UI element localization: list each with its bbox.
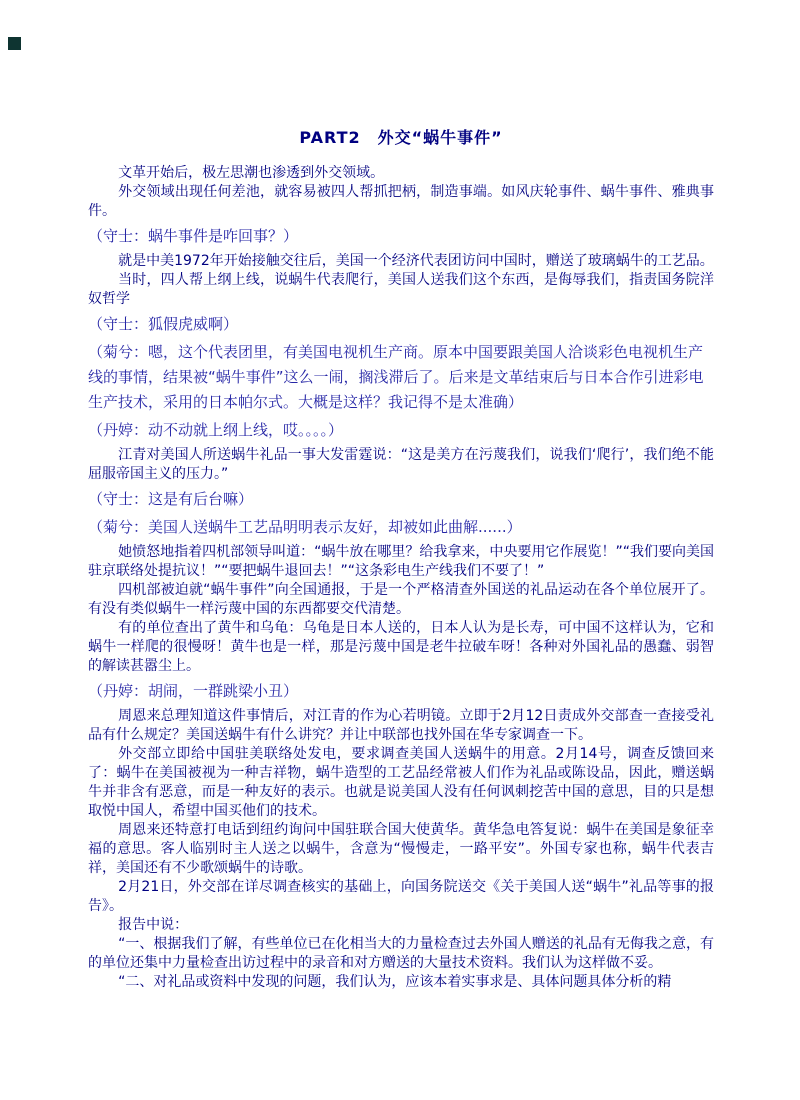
document-content: PART2 外交“蜗牛事件” 文革开始后，极左思潮也渗透到外交领域。外交领域出现… [88,128,714,992]
dialogue-paragraph: （守士：这是有后台嘛） [88,487,714,512]
dialogue-paragraph: （守士：蜗牛事件是咋回事？） [88,224,714,249]
body-paragraph: 外交部立即给中国驻美联络处发电，要求调查美国人送蜗牛的用意。2月14号，调查反馈… [88,745,714,821]
body-paragraph: 周恩来还特意打电话到纽约询问中国驻联合国大使黄华。黄华急电答复说：蜗牛在美国是象… [88,821,714,878]
body-paragraph: “一、根据我们了解，有些单位已在化相当大的力量检查过去外国人赠送的礼品有无侮我之… [88,935,714,973]
body-paragraph: 四机部被迫就“蜗牛事件”向全国通报，于是一个严格清查外国送的礼品运动在各个单位展… [88,581,714,619]
dialogue-paragraph: （菊兮：美国人送蜗牛工艺品明明表示友好，却被如此曲解......） [88,515,714,540]
body-paragraph: 文革开始后，极左思潮也渗透到外交领域。 [88,164,714,183]
body-paragraph: 外交领域出现任何差池，就容易被四人帮抓把柄，制造事端。如风庆轮事件、蜗牛事件、雅… [88,183,714,221]
body-paragraph: 2月21日，外交部在详尽调查核实的基础上，向国务院送交《关于美国人送“蜗牛”礼品… [88,878,714,916]
dialogue-paragraph: （菊兮：嗯，这个代表团里，有美国电视机生产商。原本中国要跟美国人洽谈彩色电视机生… [88,340,714,415]
body-paragraph: 当时，四人帮上纲上线，说蜗牛代表爬行，美国人送我们这个东西，是侮辱我们，指责国务… [88,271,714,309]
body-paragraph: 就是中美1972年开始接触交往后，美国一个经济代表团访问中国时，赠送了玻璃蜗牛的… [88,252,714,271]
document-body: 文革开始后，极左思潮也渗透到外交领域。外交领域出现任何差池，就容易被四人帮抓把柄… [88,164,714,992]
body-paragraph: 她愤怒地指着四机部领导叫道：“蜗牛放在哪里？给我拿来，中央要用它作展览！”“我们… [88,543,714,581]
document-title: PART2 外交“蜗牛事件” [88,128,714,148]
dialogue-paragraph: （守士：狐假虎威啊） [88,312,714,337]
body-paragraph: 有的单位查出了黄牛和乌龟：乌龟是日本人送的，日本人认为是长寿，可中国不这样认为，… [88,619,714,676]
body-paragraph: “二、对礼品或资料中发现的问题，我们认为，应该本着实事求是、具体问题具体分析的精 [88,973,714,992]
dialogue-paragraph: （丹婷：动不动就上纲上线，哎。。。。） [88,418,714,443]
body-paragraph: 报告中说： [88,916,714,935]
body-paragraph: 江青对美国人所送蜗牛礼品一事大发雷霆说：“这是美方在污蔑我们，说我们‘爬行’，我… [88,446,714,484]
body-paragraph: 周恩来总理知道这件事情后，对江青的作为心若明镜。立即于2月12日责成外交部查一查… [88,707,714,745]
corner-marker [8,37,21,50]
document-page: PART2 外交“蜗牛事件” 文革开始后，极左思潮也渗透到外交领域。外交领域出现… [0,0,800,1100]
dialogue-paragraph: （丹婷：胡闹，一群跳梁小丑） [88,679,714,704]
